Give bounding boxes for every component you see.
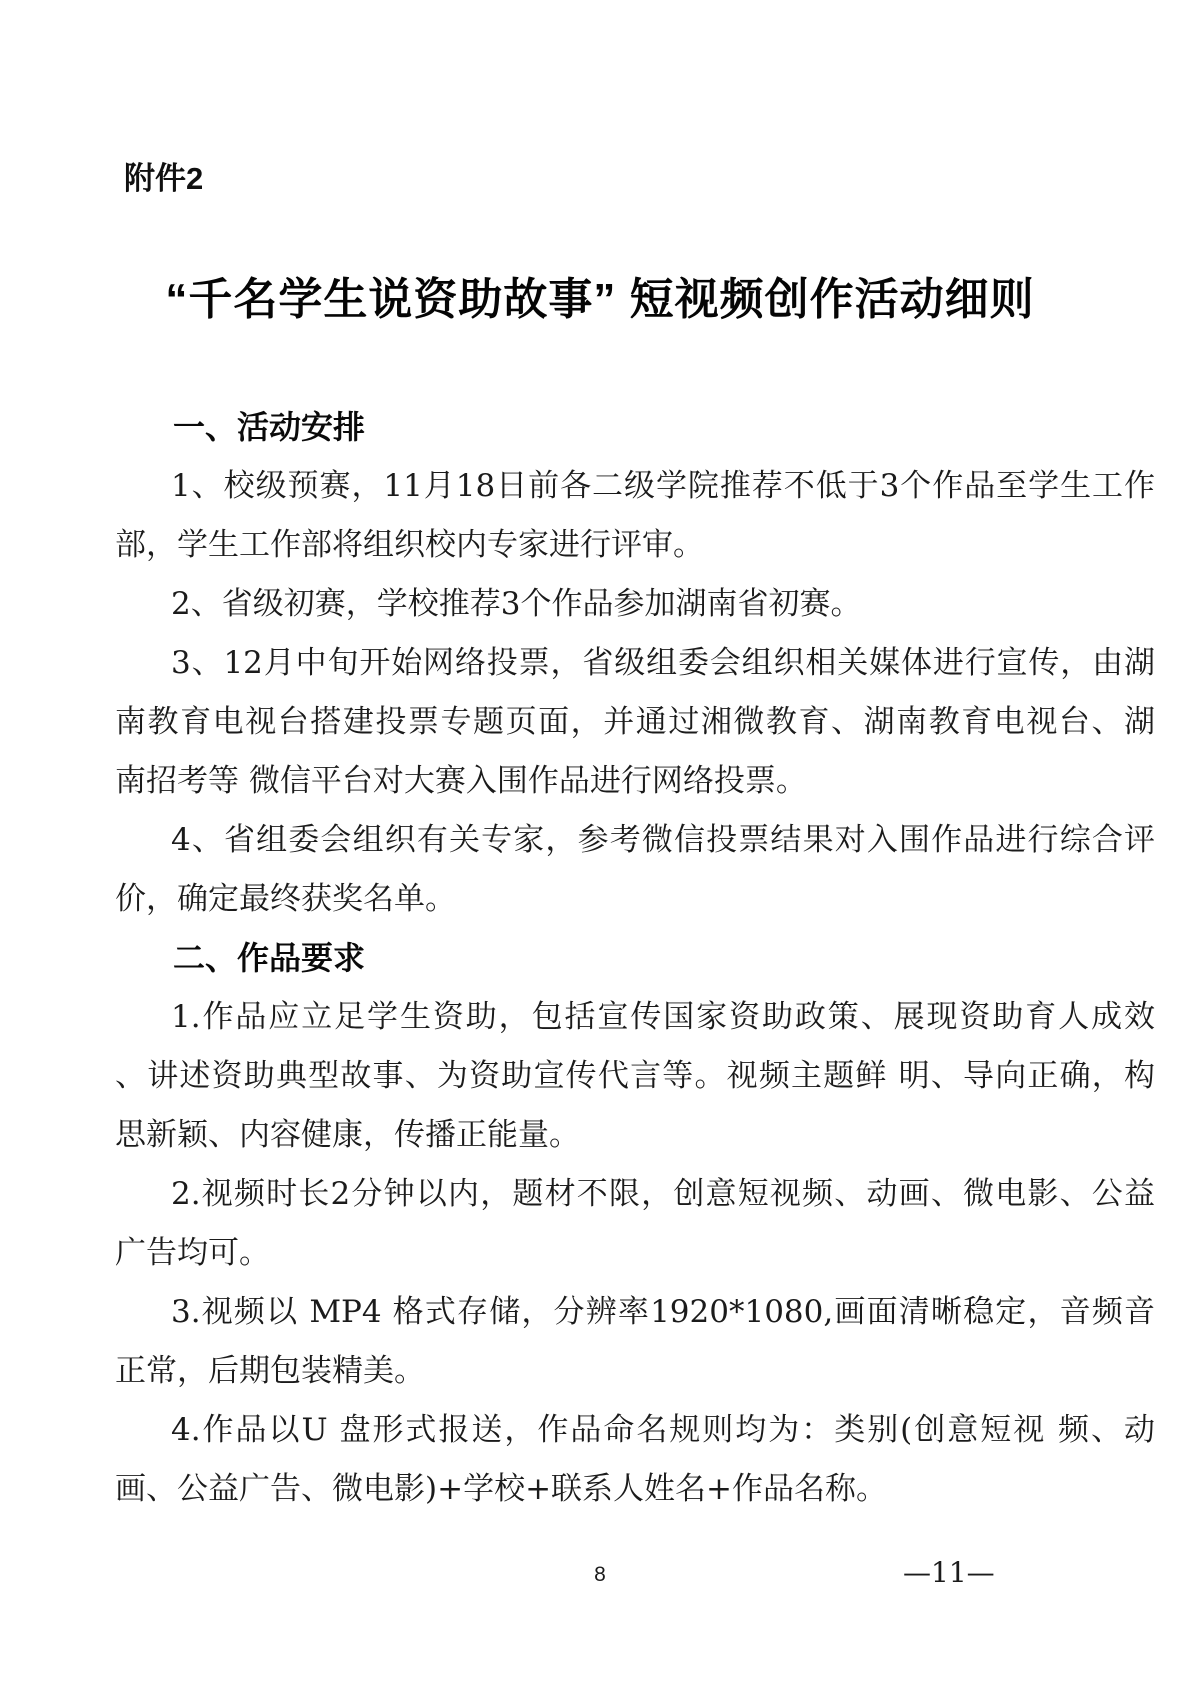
document-title: “千名学生说资助故事” 短视频创作活动细则 [0,271,1200,329]
body-line: 2.视频时长2分钟以内，题材不限，创意短视频、动画、微电影、公益 [115,1165,1155,1224]
body-line: 1.作品应立足学生资助，包括宣传国家资助政策、展现资助育人成效 [115,988,1155,1047]
body-line: 4、省组委会组织有关专家，参考微信投票结果对入围作品进行综合评 [115,811,1155,870]
page-number-outer: —11— [903,1556,995,1589]
document-page: 附件2 “千名学生说资助故事” 短视频创作活动细则 一、活动安排1、校级预赛，1… [0,0,1200,1696]
body-line: 部，学生工作部将组织校内专家进行评审。 [115,516,1155,575]
body-line: 2、省级初赛，学校推荐3个作品参加湖南省初赛。 [115,575,1155,634]
body-line: 1、校级预赛，11月18日前各二级学院推荐不低于3个作品至学生工作 [115,457,1155,516]
section-heading-2: 二、作品要求 [115,929,1155,988]
body-line: 南教育电视台搭建投票专题页面，并通过湘微教育、湖南教育电视台、湖 [115,693,1155,752]
body-line: 思新颖、内容健康，传播正能量。 [115,1106,1155,1165]
body-line: 价，确定最终获奖名单。 [115,870,1155,929]
page-number-inner: 8 [0,1563,1200,1587]
section-heading-1: 一、活动安排 [115,398,1155,457]
body-line: 、讲述资助典型故事、为资助宣传代言等。视频主题鲜 明、导向正确，构 [115,1047,1155,1106]
body-line: 3、12月中旬开始网络投票，省级组委会组织相关媒体进行宣传，由湖 [115,634,1155,693]
body-line: 4.作品以U 盘形式报送，作品命名规则均为：类别(创意短视 频、动 [115,1401,1155,1460]
body-line: 3.视频以 MP4 格式存储，分辨率1920*1080,画面清晰稳定，音频音量 [115,1283,1155,1342]
body-line: 广告均可。 [115,1224,1155,1283]
body-line: 正常，后期包装精美。 [115,1342,1155,1401]
body-line: 画、公益广告、微电影)+学校+联系人姓名+作品名称。 [115,1460,1155,1519]
document-body: 一、活动安排1、校级预赛，11月18日前各二级学院推荐不低于3个作品至学生工作部… [115,398,1155,1519]
body-line: 南招考等 微信平台对大赛入围作品进行网络投票。 [115,752,1155,811]
attachment-label: 附件2 [124,158,203,200]
